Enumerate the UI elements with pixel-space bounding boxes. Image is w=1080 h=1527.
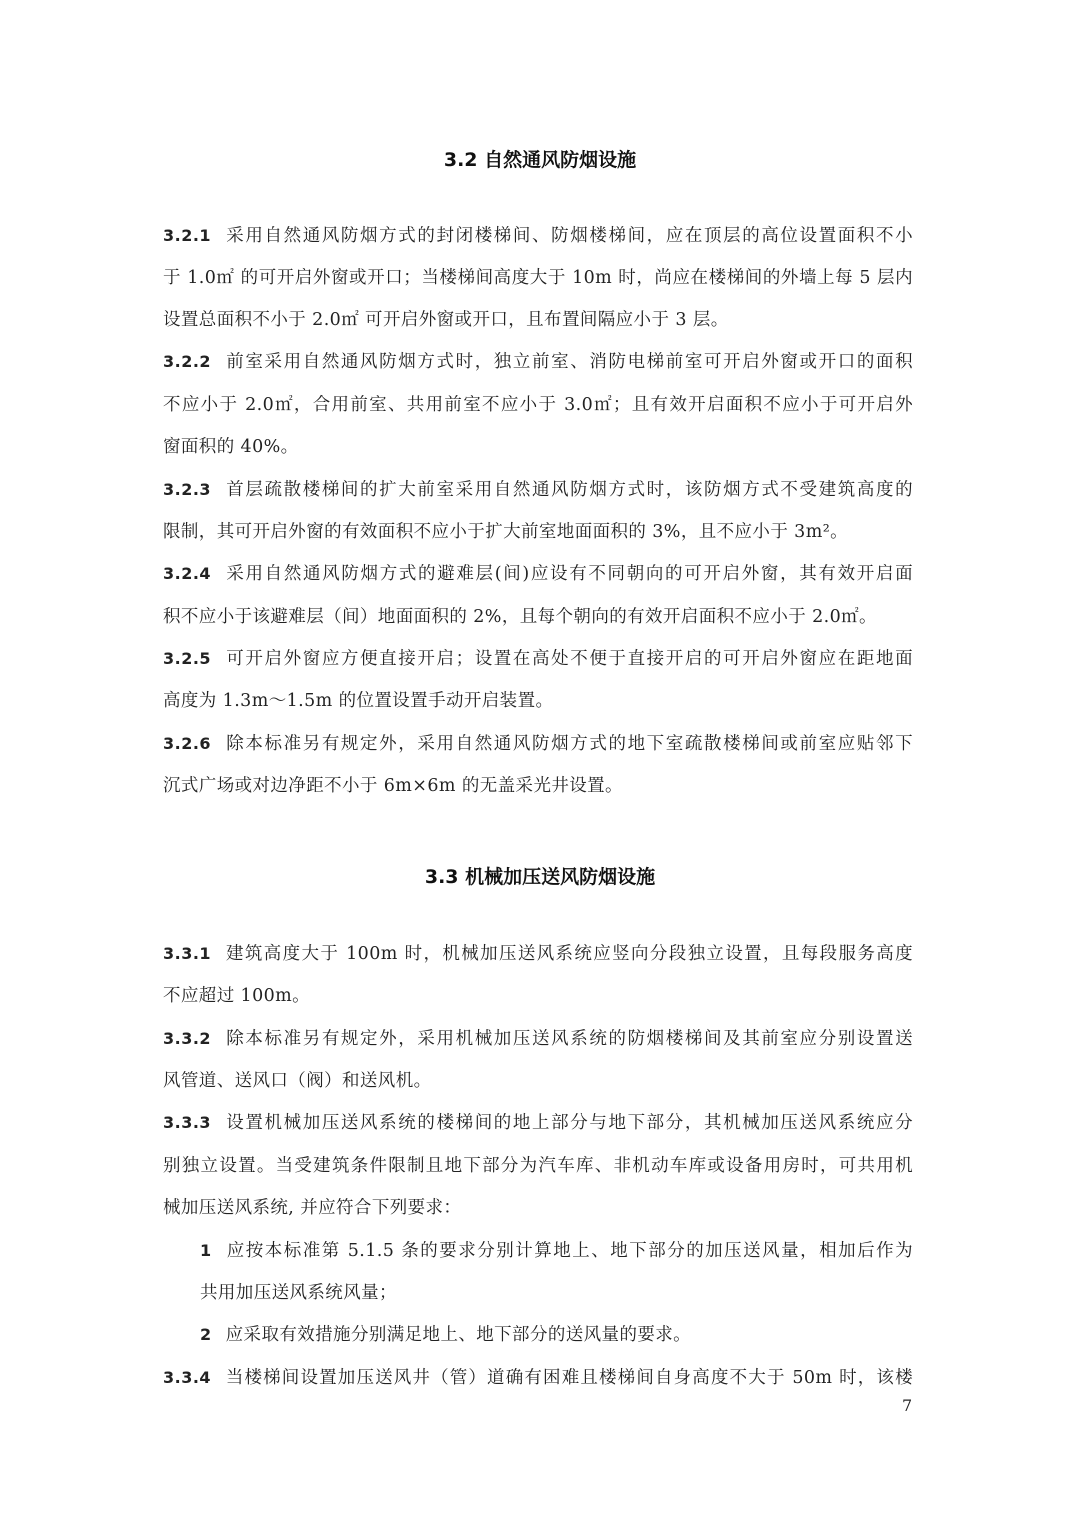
clause-3-2-1-line-2: 于 1.0㎡ 的可开启外窗或开口；当楼梯间高度大于 10m 时，尚应在楼梯间的外… [163, 266, 913, 290]
clause-3-3-4-line-1: 3.3.4当楼梯间设置加压送风井（管）道确有困难且楼梯间自身高度不大于 50m … [163, 1366, 913, 1390]
clause-3-2-4-line-1: 3.2.4采用自然通风防烟方式的避难层(间)应设有不同朝向的可开启外窗，其有效开… [163, 562, 913, 586]
clause-3-2-4-line-2: 积不应小于该避难层（间）地面面积的 2%，且每个朝向的有效开启面积不应小于 2.… [163, 605, 913, 629]
clause-3-2-6-line-1: 3.2.6除本标准另有规定外，采用自然通风防烟方式的地下室疏散楼梯间或前室应贴邻… [163, 732, 913, 756]
clause-3-2-5-line-1: 3.2.5可开启外窗应方便直接开启；设置在高处不便于直接开启的可开启外窗应在距地… [163, 647, 913, 671]
section-heading-3-3: 3.3 机械加压送风防烟设施 [0, 862, 1080, 889]
clause-3-2-3-line-1: 3.2.3首层疏散楼梯间的扩大前室采用自然通风防烟方式时，该防烟方式不受建筑高度… [163, 478, 913, 502]
clause-3-2-1-line-3: 设置总面积不小于 2.0㎡ 可开启外窗或开口，且布置间隔应小于 3 层。 [163, 308, 913, 332]
clause-3-3-1-line-2: 不应超过 100m。 [163, 984, 913, 1008]
clause-3-2-2-line-1: 3.2.2前室采用自然通风防烟方式时，独立前室、消防电梯前室可开启外窗或开口的面… [163, 350, 913, 374]
list-item-1-line-1: 1应按本标准第 5.1.5 条的要求分别计算地上、地下部分的加压送风量，相加后作… [200, 1239, 913, 1263]
clause-3-3-3-line-2: 别独立设置。当受建筑条件限制且地下部分为汽车库、非机动车库或设备用房时，可共用机 [163, 1154, 913, 1178]
clause-3-3-2-line-2: 风管道、送风口（阀）和送风机。 [163, 1069, 913, 1093]
clause-3-2-3-line-2: 限制，其可开启外窗的有效面积不应小于扩大前室地面面积的 3%，且不应小于 3m²… [163, 520, 913, 544]
clause-3-3-2-line-1: 3.3.2除本标准另有规定外，采用机械加压送风系统的防烟楼梯间及其前室应分别设置… [163, 1027, 913, 1051]
page-number: 7 [902, 1396, 912, 1415]
clause-3-2-2-line-3: 窗面积的 40%。 [163, 435, 913, 459]
clause-3-3-3-line-1: 3.3.3设置机械加压送风系统的楼梯间的地上部分与地下部分，其机械加压送风系统应… [163, 1111, 913, 1135]
list-item-2-line-1: 2应采取有效措施分别满足地上、地下部分的送风量的要求。 [200, 1323, 913, 1347]
clause-3-2-6-line-2: 沉式广场或对边净距不小于 6m×6m 的无盖采光井设置。 [163, 774, 913, 798]
clause-3-2-1-line-1: 3.2.1采用自然通风防烟方式的封闭楼梯间、防烟楼梯间，应在顶层的高位设置面积不… [163, 224, 913, 248]
list-item-1-line-2: 共用加压送风系统风量； [200, 1281, 913, 1305]
section-heading-3-2: 3.2 自然通风防烟设施 [0, 145, 1080, 172]
clause-3-3-3-line-3: 械加压送风系统, 并应符合下列要求： [163, 1196, 913, 1220]
clause-3-2-5-line-2: 高度为 1.3m～1.5m 的位置设置手动开启装置。 [163, 689, 913, 713]
clause-3-2-2-line-2: 不应小于 2.0㎡，合用前室、共用前室不应小于 3.0㎡；且有效开启面积不应小于… [163, 393, 913, 417]
clause-3-3-1-line-1: 3.3.1建筑高度大于 100m 时，机械加压送风系统应竖向分段独立设置，且每段… [163, 942, 913, 966]
